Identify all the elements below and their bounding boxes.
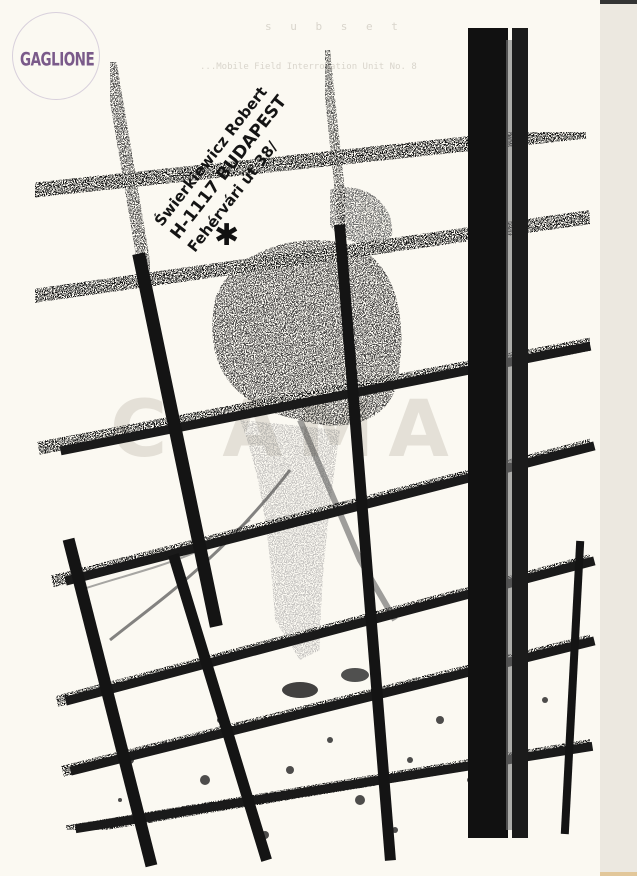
asterisk-icon: ✱: [214, 218, 239, 253]
vertical-post: [468, 28, 528, 838]
back-page-edge: [598, 0, 637, 876]
back-page-top-rule: [600, 0, 637, 4]
seal-stamp-text: GAGLIONE: [20, 48, 94, 71]
photocopied-photo: [0, 0, 600, 876]
document-page: s u b s e t ...Mobile Field Interrogatio…: [0, 0, 600, 876]
